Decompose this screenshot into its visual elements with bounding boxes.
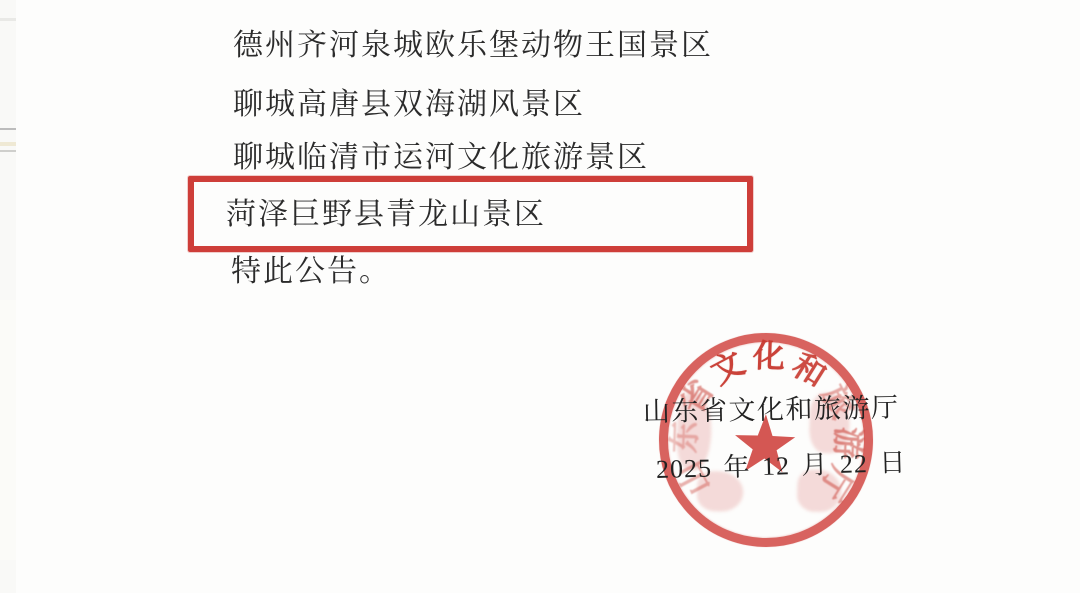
- issuer-name: 山东省文化和旅游厅: [643, 394, 900, 426]
- official-seal: 山 东 省 文 化 和 旅 游 厅: [655, 329, 876, 550]
- scan-artifact-mark: [0, 150, 16, 152]
- scenic-area-line-1: 德州齐河泉城欧乐堡动物王国景区: [233, 31, 713, 61]
- scan-artifact-mark: [0, 300, 16, 560]
- scan-artifact-strip: [0, 0, 16, 593]
- scenic-area-line-2: 聊城高唐县双海湖风景区: [233, 90, 585, 120]
- scan-artifact-mark: [0, 142, 16, 146]
- scenic-area-line-3: 聊城临清市运河文化旅游景区: [233, 143, 649, 173]
- scan-artifact-mark: [0, 128, 16, 130]
- issue-date: 2025 年 12 月 22 日: [656, 449, 907, 483]
- closing-statement-line: 特此公告。: [231, 257, 391, 287]
- document-page: 德州齐河泉城欧乐堡动物王国景区 聊城高唐县双海湖风景区 聊城临清市运河文化旅游景…: [0, 0, 1080, 593]
- scan-artifact-mark: [0, 18, 16, 21]
- red-highlight-rectangle: [188, 176, 753, 252]
- seal-arc-char: 化: [752, 340, 785, 373]
